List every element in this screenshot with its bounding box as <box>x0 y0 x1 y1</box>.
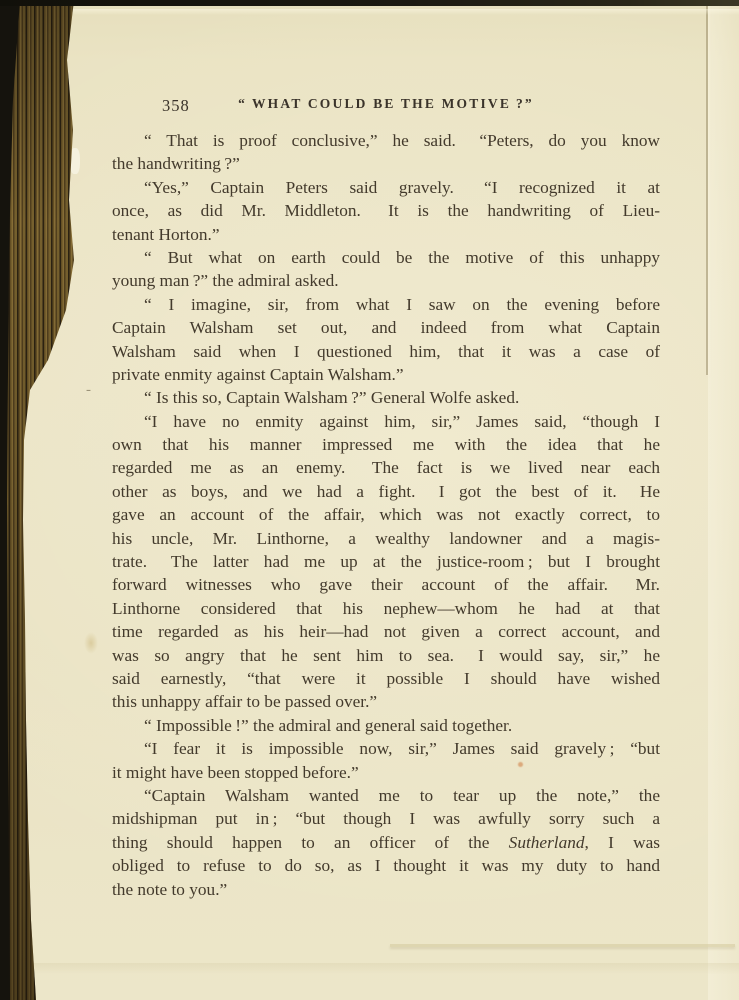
text-line: time regarded as his heir—had not given … <box>112 620 660 643</box>
crease-line-vertical <box>706 3 708 375</box>
text-line: “ That is proof conclusive,” he said. “P… <box>112 129 660 152</box>
text-line: regarded me as an enemy. The fact is we … <box>112 456 660 479</box>
text-line: Linthorne considered that his nephew—who… <box>112 597 660 620</box>
text-line: once, as did Mr. Middleton. It is the ha… <box>112 199 660 222</box>
text-line: “ I imagine, sir, from what I saw on the… <box>112 293 660 316</box>
paragraph: “ But what on earth could be the motive … <box>112 246 660 293</box>
text-line: “ Impossible !” the admiral and general … <box>112 714 660 737</box>
margin-pencil-mark: - <box>86 382 91 399</box>
paragraph: “I fear it is impossible now, sir,” Jame… <box>112 737 660 784</box>
text-line: midshipman put in ; “but though I was aw… <box>112 807 660 830</box>
text-line: the handwriting ?” <box>112 152 660 175</box>
text-line: tenant Horton.” <box>112 223 660 246</box>
text-line: Walsham said when I questioned him, that… <box>112 340 660 363</box>
page-number: 358 <box>162 96 190 116</box>
text-line: said earnestly, “that were it possible I… <box>112 667 660 690</box>
paragraph: “ Impossible !” the admiral and general … <box>112 714 660 737</box>
text-line: “ But what on earth could be the motive … <box>112 246 660 269</box>
text-line: trate. The latter had me up at the justi… <box>112 550 660 573</box>
printed-page: 358 “ WHAT COULD BE THE MOTIVE ?” “ That… <box>112 96 660 116</box>
paragraph: “Yes,” Captain Peters said gravely. “I r… <box>112 176 660 246</box>
text-line: other as boys, and we had a fight. I got… <box>112 480 660 503</box>
text-line: obliged to refuse to do so, as I thought… <box>112 854 660 877</box>
crease-line-top <box>0 9 739 15</box>
crease-line-bottom <box>390 944 735 947</box>
text-line: was so angry that he sent him to sea. I … <box>112 644 660 667</box>
text-line: Captain Walsham set out, and indeed from… <box>112 316 660 339</box>
text-line: “Yes,” Captain Peters said gravely. “I r… <box>112 176 660 199</box>
book-photo: 358 “ WHAT COULD BE THE MOTIVE ?” “ That… <box>0 0 739 1000</box>
text-line: private enmity against Captain Walsham.” <box>112 363 660 386</box>
text-line: own that his manner impressed me with th… <box>112 433 660 456</box>
text-line: the note to you.” <box>112 878 660 901</box>
page-header: 358 “ WHAT COULD BE THE MOTIVE ?” <box>112 96 660 116</box>
paragraph: “ Is this so, Captain Walsham ?” General… <box>112 386 660 409</box>
paragraph: “ That is proof conclusive,” he said. “P… <box>112 129 660 176</box>
running-head: “ WHAT COULD BE THE MOTIVE ?” <box>112 96 660 112</box>
text-body: “ That is proof conclusive,” he said. “P… <box>112 129 660 901</box>
text-line: thing should happen to an officer of the… <box>112 831 660 854</box>
paragraph: “I have no enmity against him, sir,” Jam… <box>112 410 660 714</box>
paragraph: “Captain Walsham wanted me to tear up th… <box>112 784 660 901</box>
text-line: gave an account of the affair, which was… <box>112 503 660 526</box>
text-line: “ Is this so, Captain Walsham ?” General… <box>112 386 660 409</box>
text-line: “I have no enmity against him, sir,” Jam… <box>112 410 660 433</box>
text-line: forward witnesses who gave their account… <box>112 573 660 596</box>
paper-blemish <box>84 632 98 654</box>
text-line: his uncle, Mr. Linthorne, a wealthy land… <box>112 527 660 550</box>
paragraph: “ I imagine, sir, from what I saw on the… <box>112 293 660 387</box>
photo-top-shadow <box>0 0 739 6</box>
crease-band-bottom <box>0 963 739 974</box>
text-line: “Captain Walsham wanted me to tear up th… <box>112 784 660 807</box>
text-line: young man ?” the admiral asked. <box>112 269 660 292</box>
page-right-fold-zone <box>708 0 739 1000</box>
text-line: this unhappy affair to be passed over.” <box>112 690 660 713</box>
text-line: it might have been stopped before.” <box>112 761 660 784</box>
text-line: “I fear it is impossible now, sir,” Jame… <box>112 737 660 760</box>
